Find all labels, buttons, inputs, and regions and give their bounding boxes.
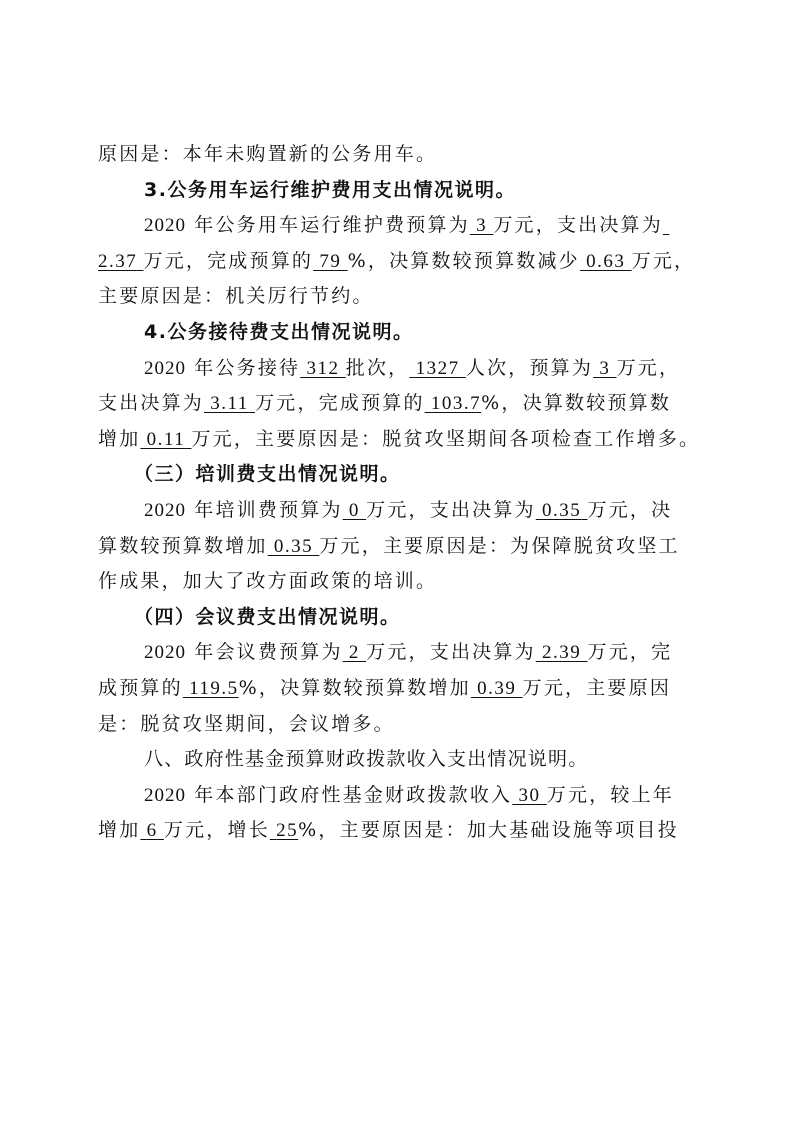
paragraph-line: 是：脱贫攻坚期间，会议增多。: [98, 707, 702, 743]
body-text: 万元，决: [588, 499, 673, 521]
body-text: 万元，主要原因是：脱贫攻坚期间各项检查工作增多。: [191, 428, 700, 450]
body-text: 万元，支出决算为: [366, 641, 536, 663]
document-page: 原因是：本年未购置新的公务用车。 3.公务用车运行维护费用支出情况说明。 202…: [98, 137, 702, 849]
body-text: 成预算的: [98, 677, 183, 699]
body-text: 万元，完: [588, 641, 673, 663]
heading-text: 八、政府性基金预算财政拨款收入支出情况说明。: [144, 748, 588, 770]
increase-value: 6: [140, 820, 164, 841]
body-text: 万元，完成预算的: [144, 250, 314, 272]
year: 2020: [144, 642, 186, 663]
completion-value: 103.7: [425, 393, 482, 414]
paragraph-line: 原因是：本年未购置新的公务用车。: [98, 137, 702, 173]
income-value: 30: [512, 785, 547, 806]
body-text: 万元，增长: [164, 819, 270, 841]
paragraph-line: 2020 年本部门政府性基金财政拨款收入 30 万元，较上年: [98, 778, 702, 814]
body-text: 年公务用车运行维护费预算为: [194, 214, 470, 236]
body-text: 支出决算为: [98, 392, 204, 414]
actual-value: 0.35: [536, 500, 588, 521]
blank-underline: [663, 215, 669, 236]
body-text: 年会议费预算为: [194, 641, 342, 663]
body-text: 是：脱贫攻坚期间，会议增多。: [98, 713, 395, 735]
growth-value: 25: [270, 820, 298, 841]
body-text: 人次，预算为: [466, 357, 593, 379]
body-text: 万元，较上年: [547, 784, 674, 806]
heading-text: 3.公务用车运行维护费用支出情况说明。: [144, 179, 516, 201]
budget-value: 3: [593, 358, 617, 379]
year: 2020: [144, 358, 186, 379]
paragraph-line: 算数较预算数增加 0.35 万元，主要原因是：为保障脱贫攻坚工: [98, 529, 702, 565]
body-text: 年培训费预算为: [194, 499, 342, 521]
body-text: 万元，: [617, 357, 681, 379]
paragraph-line: 支出决算为 3.11 万元，完成预算的 103.7%，决算数较预算数: [98, 386, 702, 422]
year: 2020: [144, 215, 186, 236]
paragraph-line: 主要原因是：机关厉行节约。: [98, 279, 702, 315]
budget-value: 2: [343, 642, 367, 663]
persons-value: 1327: [409, 358, 466, 379]
budget-value: 0: [343, 500, 367, 521]
budget-value: 3: [470, 215, 494, 236]
body-text: %，决算数较预算数增加: [239, 677, 471, 699]
body-text: %，主要原因是：加大基础设施等项目投: [298, 819, 679, 841]
paragraph-line: 作成果，加大了改方面政策的培训。: [98, 564, 702, 600]
body-text: 作成果，加大了改方面政策的培训。: [98, 570, 437, 592]
body-text: 年公务接待: [194, 357, 300, 379]
body-text: 主要原因是：机关厉行节约。: [98, 285, 374, 307]
paragraph-line: 2020 年会议费预算为 2 万元，支出决算为 2.39 万元，完: [98, 635, 702, 671]
body-text: 万元，主要原因是：为保障脱贫攻坚工: [319, 535, 679, 557]
heading-text: （四）会议费支出情况说明。: [134, 606, 401, 628]
body-text: 原因是：本年未购置新的公务用车。: [98, 143, 437, 165]
diff-value: 0.35: [268, 536, 320, 557]
batches-value: 312: [300, 358, 346, 379]
body-text: 年本部门政府性基金财政拨款收入: [194, 784, 512, 806]
body-text: %，决算数较预算数: [481, 392, 671, 414]
diff-value: 0.39: [471, 678, 523, 699]
actual-value: 2.39: [536, 642, 588, 663]
paragraph-line: 增加 0.11 万元，主要原因是：脱贫攻坚期间各项检查工作增多。: [98, 422, 702, 458]
body-text: %，决算数较预算数减少: [348, 250, 580, 272]
section-heading-reception: 4.公务接待费支出情况说明。: [98, 315, 702, 351]
body-text: 万元，支出决算为: [493, 214, 663, 236]
body-text: 算数较预算数增加: [98, 535, 268, 557]
body-text: 增加: [98, 428, 140, 450]
section-heading-vehicle-maintenance: 3.公务用车运行维护费用支出情况说明。: [98, 173, 702, 209]
heading-text: 4.公务接待费支出情况说明。: [144, 321, 413, 343]
completion-value: 119.5: [183, 678, 239, 699]
paragraph-line: 2.37 万元，完成预算的 79 %，决算数较预算数减少 0.63 万元，: [98, 244, 702, 280]
section-heading-gov-fund: 八、政府性基金预算财政拨款收入支出情况说明。: [98, 742, 702, 778]
heading-text: （三）培训费支出情况说明。: [134, 463, 401, 485]
actual-value: 2.37: [98, 251, 144, 272]
completion-value: 79: [313, 251, 348, 272]
body-text: 批次，: [346, 357, 410, 379]
actual-value: 3.11: [204, 393, 255, 414]
diff-value: 0.63: [580, 251, 632, 272]
paragraph-line: 2020 年培训费预算为 0 万元，支出决算为 0.35 万元，决: [98, 493, 702, 529]
paragraph-line: 增加 6 万元，增长 25%，主要原因是：加大基础设施等项目投: [98, 813, 702, 849]
paragraph-line: 成预算的 119.5%，决算数较预算数增加 0.39 万元，主要原因: [98, 671, 702, 707]
paragraph-line: 2020 年公务接待 312 批次， 1327 人次，预算为 3 万元，: [98, 351, 702, 387]
body-text: 万元，支出决算为: [366, 499, 536, 521]
body-text: 增加: [98, 819, 140, 841]
paragraph-line: 2020 年公务用车运行维护费预算为 3 万元，支出决算为: [98, 208, 702, 244]
year: 2020: [144, 500, 186, 521]
body-text: 万元，: [632, 250, 696, 272]
year: 2020: [144, 785, 186, 806]
section-heading-training: （三）培训费支出情况说明。: [98, 457, 702, 493]
section-heading-meeting: （四）会议费支出情况说明。: [98, 600, 702, 636]
body-text: 万元，主要原因: [523, 677, 671, 699]
diff-value: 0.11: [140, 429, 191, 450]
body-text: 万元，完成预算的: [255, 392, 425, 414]
